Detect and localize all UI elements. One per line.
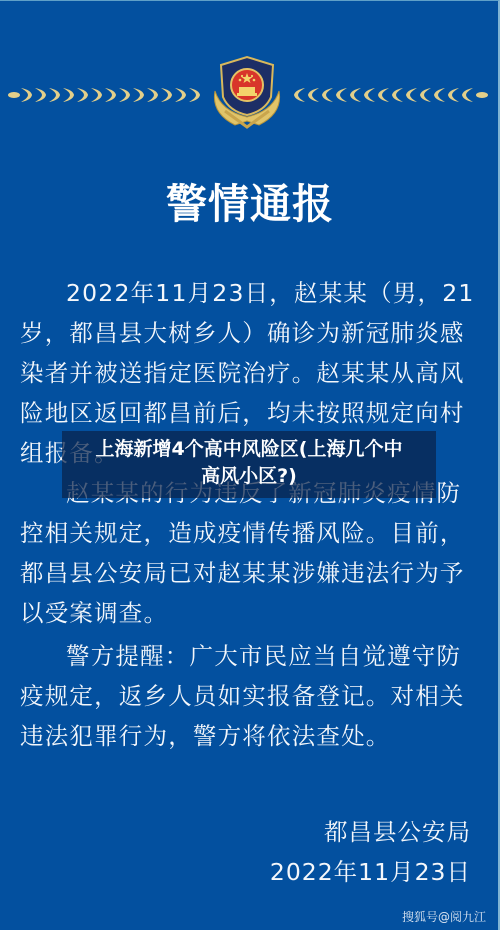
leaf-icon	[432, 87, 446, 103]
leaf-icon	[418, 87, 432, 103]
caption-line: 上海新增4个高中风险区(上海几个中	[62, 436, 436, 463]
notice-poster: 警情通报 2022年11月23日，赵某某（男，21 岁，都昌县大树乡人）确诊为新…	[0, 0, 500, 930]
watermark: 搜狐号@阅九江	[402, 908, 486, 925]
leaf-icon	[160, 87, 174, 103]
leaf-icon	[118, 87, 132, 103]
body-line: 以受案调查。	[20, 593, 480, 633]
leaf-icon	[460, 87, 474, 103]
leaf-icon	[348, 87, 362, 103]
police-badge-icon	[207, 51, 287, 133]
reminder-line: 疫规定，返乡人员如实报备登记。对相关	[20, 676, 480, 716]
caption-line: 高风小区?)	[62, 463, 436, 490]
signature-org: 都昌县公安局	[324, 813, 471, 847]
leaf-icon	[104, 87, 118, 103]
leaf-icon	[376, 87, 390, 103]
body-line: 岁，都昌县大树乡人）确诊为新冠肺炎感	[20, 313, 480, 353]
body-line: 都昌县公安局已对赵某某涉嫌违法行为予	[20, 553, 480, 593]
signature-date: 2022年11月23日	[270, 853, 471, 887]
leaf-icon	[76, 87, 90, 103]
leaf-icon	[404, 87, 418, 103]
leaf-icon	[292, 87, 306, 103]
leaf-icon	[62, 87, 76, 103]
body-line: 险地区返回都昌前后，均未按照规定向村	[20, 393, 480, 433]
leaf-icon	[48, 87, 62, 103]
body-line: 控相关规定，造成疫情传播风险。目前，	[20, 513, 480, 553]
body-line: 2022年11月23日，赵某某（男，21	[20, 273, 480, 313]
leaf-icon	[132, 87, 146, 103]
body-line: 染者并被送指定医院治疗。赵某某从高风	[20, 353, 480, 393]
police-reminder: 警方提醒：广大市民应当自觉遵守防 疫规定，返乡人员如实报备登记。对相关 违法犯罪…	[20, 636, 480, 756]
leaf-icon	[306, 87, 320, 103]
caption-overlay: 上海新增4个高中风险区(上海几个中 高风小区?)	[62, 431, 436, 498]
laurel-left-icon	[6, 87, 202, 103]
leaf-icon	[174, 87, 188, 103]
leaf-icon	[320, 87, 334, 103]
emblem-row	[0, 51, 500, 136]
leaf-icon	[34, 87, 48, 103]
leaf-icon	[390, 87, 404, 103]
leaf-icon	[362, 87, 376, 103]
leaf-icon	[20, 87, 34, 103]
reminder-line: 违法犯罪行为，警方将依法查处。	[20, 716, 480, 756]
page-title: 警情通报	[0, 171, 500, 230]
leaf-icon	[146, 87, 160, 103]
reminder-line: 警方提醒：广大市民应当自觉遵守防	[20, 636, 480, 676]
leaf-icon	[188, 87, 202, 103]
laurel-right-icon	[292, 87, 488, 103]
leaf-icon	[90, 87, 104, 103]
leaf-icon	[446, 87, 460, 103]
leaf-icon	[334, 87, 348, 103]
